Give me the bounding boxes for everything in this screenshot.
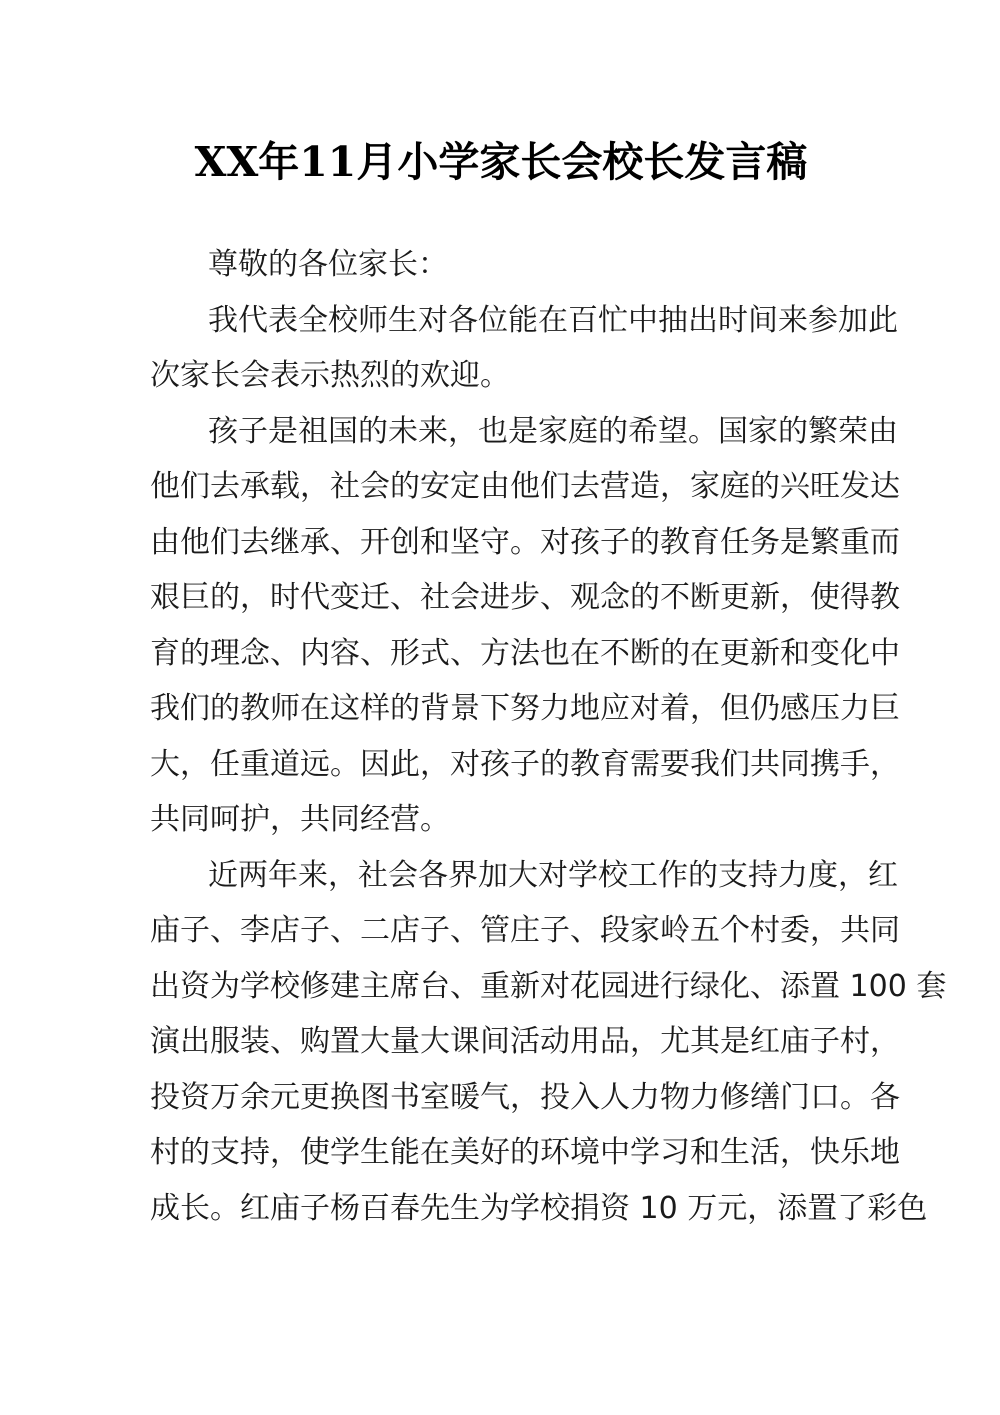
paragraph-line: 村的支持，使学生能在美好的环境中学习和生活，快乐地 — [150, 1125, 852, 1181]
document-body: 尊敬的各位家长： 我代表全校师生对各位能在百忙中抽出时间来参加此 次家长会表示热… — [150, 237, 852, 1236]
paragraph-children-future: 孩子是祖国的未来，也是家庭的希望。国家的繁荣由 他们去承载，社会的安定由他们去营… — [150, 404, 852, 848]
paragraph-line: 近两年来，社会各界加大对学校工作的支持力度，红 — [150, 848, 852, 904]
paragraph-line: 大，任重道远。因此，对孩子的教育需要我们共同携手， — [150, 737, 852, 793]
paragraph-community-support: 近两年来，社会各界加大对学校工作的支持力度，红 庙子、李店子、二店子、管庄子、段… — [150, 848, 852, 1237]
paragraph-line: 艰巨的，时代变迁、社会进步、观念的不断更新，使得教 — [150, 570, 852, 626]
paragraph-line: 共同呵护，共同经营。 — [150, 792, 852, 848]
paragraph-line: 成长。红庙子杨百春先生为学校捐资 10 万元，添置了彩色 — [150, 1181, 852, 1237]
salutation: 尊敬的各位家长： — [150, 237, 852, 293]
paragraph-line: 孩子是祖国的未来，也是家庭的希望。国家的繁荣由 — [150, 404, 852, 460]
paragraph-line: 我们的教师在这样的背景下努力地应对着，但仍感压力巨 — [150, 681, 852, 737]
paragraph-line: 我代表全校师生对各位能在百忙中抽出时间来参加此 — [150, 293, 852, 349]
paragraph-line: 他们去承载，社会的安定由他们去营造，家庭的兴旺发达 — [150, 459, 852, 515]
paragraph-line: 由他们去继承、开创和坚守。对孩子的教育任务是繁重而 — [150, 515, 852, 571]
paragraph-welcome: 我代表全校师生对各位能在百忙中抽出时间来参加此 次家长会表示热烈的欢迎。 — [150, 293, 852, 404]
paragraph-line: 投资万余元更换图书室暖气，投入人力物力修缮门口。各 — [150, 1070, 852, 1126]
paragraph-line: 庙子、李店子、二店子、管庄子、段家岭五个村委，共同 — [150, 903, 852, 959]
paragraph-line: 次家长会表示热烈的欢迎。 — [150, 348, 852, 404]
paragraph-line: 出资为学校修建主席台、重新对花园进行绿化、添置 100 套 — [150, 959, 852, 1015]
paragraph-line: 演出服装、购置大量大课间活动用品，尤其是红庙子村， — [150, 1014, 852, 1070]
paragraph-line: 育的理念、内容、形式、方法也在不断的在更新和变化中 — [150, 626, 852, 682]
document-title: XX年11月小学家长会校长发言稿 — [150, 132, 852, 192]
